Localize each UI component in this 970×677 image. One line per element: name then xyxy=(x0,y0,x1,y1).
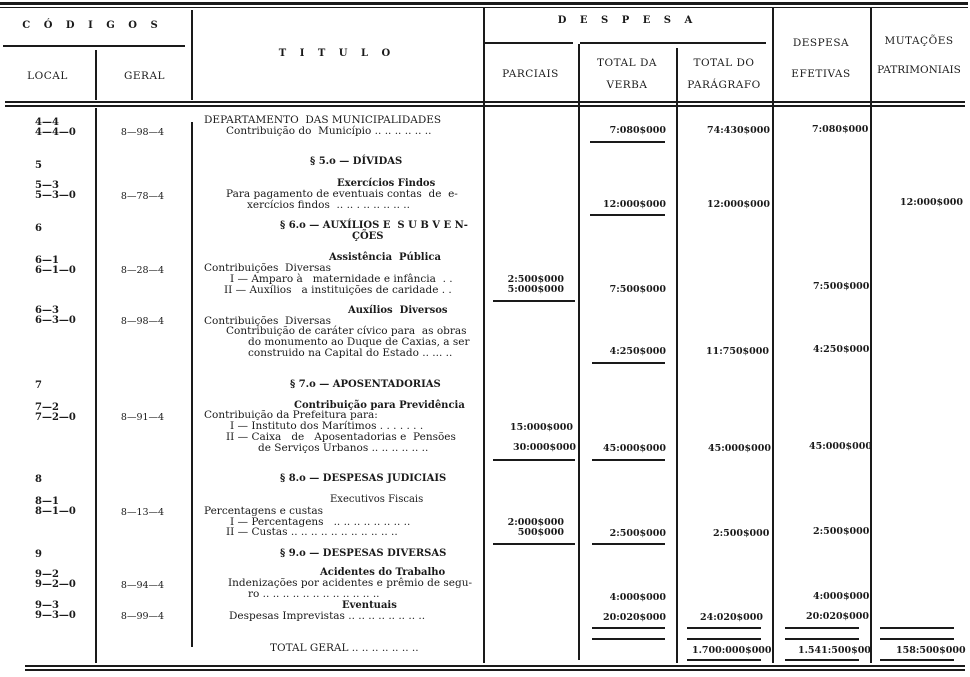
total-underline xyxy=(785,659,859,661)
subtotal-rule xyxy=(590,214,665,216)
subtotal-rule xyxy=(592,459,665,461)
header-despesa-efetivas-1: DESPESA xyxy=(772,37,870,49)
title-text: Contribuição do Município .. .. .. .. ..… xyxy=(226,126,431,137)
subtotal-rule xyxy=(493,543,575,545)
header-geral: GERAL xyxy=(97,70,192,82)
local-code: 9—2—0 xyxy=(35,580,76,590)
local-code: 8—1—0 xyxy=(35,507,76,517)
section-heading: § 8.o — DESPESAS JUDICIAIS xyxy=(280,473,446,484)
efetivas-value: 7:500$000 xyxy=(813,281,869,292)
header-codigos: C Ó D I G O S xyxy=(0,20,185,31)
col-divider-paragrafo-efetivas xyxy=(772,8,774,663)
total-verba-value: 2:500$000 xyxy=(610,528,666,539)
header-mutacoes-1: MUTAÇÕES xyxy=(870,35,968,47)
efetivas-value: 7:080$000 xyxy=(812,124,868,135)
total-verba-value: 7:500$000 xyxy=(610,284,666,295)
header-local: LOCAL xyxy=(0,70,95,82)
title-text: II — Custas .. .. .. .. .. .. .. .. .. .… xyxy=(226,527,398,538)
subtotal-rule xyxy=(590,141,665,143)
title-text: II — Auxílios a instituições de caridade… xyxy=(224,285,452,296)
section-heading: § 6.o — AUXÍLIOS E S U B V E N- xyxy=(280,220,468,231)
geral-code: 8—78—4 xyxy=(95,191,190,202)
local-code: 6—1—0 xyxy=(35,266,76,276)
total-verba-value: 12:000$000 xyxy=(603,199,666,210)
local-code: 7—2—0 xyxy=(35,413,76,423)
mutacoes-value: 12:000$000 xyxy=(900,197,963,208)
title-text: xercícios findos .. .. . .. .. .. .. .. xyxy=(247,200,410,211)
efetivas-value: 4:250$000 xyxy=(813,344,869,355)
subtotal-rule xyxy=(880,627,954,629)
total-paragrafo-value: 45:000$000 xyxy=(708,443,771,454)
efetivas-value: 20:020$000 xyxy=(806,611,869,622)
geral-code: 8—94—4 xyxy=(95,580,190,591)
header-despesa-efetivas-2: EFETIVAS xyxy=(772,68,870,80)
subheading: Assistência Pública xyxy=(329,252,441,263)
total-verba-value: 45:000$000 xyxy=(603,443,666,454)
header-mutacoes-2: PATRIMONIAIS xyxy=(870,64,968,76)
subtotal-rule xyxy=(687,627,761,629)
geral-code: 8—98—4 xyxy=(95,127,190,138)
codigos-underline xyxy=(3,45,185,47)
subtotal-rule xyxy=(785,638,859,640)
subtotal-rule xyxy=(592,543,665,545)
subheading: Auxílios Diversos xyxy=(348,305,448,316)
bottom-rule xyxy=(25,665,965,667)
total-paragrafo-value: 2:500$000 xyxy=(713,528,769,539)
parcial-value: 500$000 xyxy=(518,527,564,538)
subtotal-rule xyxy=(592,362,665,364)
efetivas-grand: 1.541:500$00 xyxy=(798,645,871,656)
total-underline xyxy=(687,659,761,661)
total-verba-value: 20:020$000 xyxy=(603,612,666,623)
efetivas-value: 45:000$000 xyxy=(809,441,872,452)
bottom-rule-2 xyxy=(25,669,965,671)
geral-code: 8—91—4 xyxy=(95,412,190,423)
section-heading: § 7.o — APOSENTADORIAS xyxy=(290,379,441,390)
section-heading: § 5.o — DÍVIDAS xyxy=(310,156,402,167)
subtotal-rule xyxy=(493,459,575,461)
subtotal-rule xyxy=(785,627,859,629)
subtotal-rule xyxy=(493,300,575,302)
header-parciais: PARCIAIS xyxy=(483,68,578,80)
header-total-paragrafo-1: TOTAL DO xyxy=(676,57,772,69)
efetivas-value: 4:000$000 xyxy=(813,591,869,602)
geral-code: 8—99—4 xyxy=(95,611,190,622)
parcial-value: 15:000$000 xyxy=(510,422,573,433)
local-code: 9 xyxy=(35,550,42,560)
total-geral-label: TOTAL GERAL .. .. .. .. .. .. .. xyxy=(270,643,419,654)
local-code: 6 xyxy=(35,224,42,234)
top-rule xyxy=(0,2,968,5)
total-paragrafo-value: 74:430$000 xyxy=(707,125,770,136)
section-heading: ÇÕES xyxy=(352,231,384,242)
col-divider-parciais-verba xyxy=(578,44,580,660)
geral-code: 8—13—4 xyxy=(95,507,190,518)
title-text: Despesas Imprevistas .. .. .. .. .. .. .… xyxy=(229,611,425,622)
total-paragrafo-value: 24:020$000 xyxy=(700,612,763,623)
col-divider-efetivas-mutacoes xyxy=(870,8,872,663)
header-total-verba-1: TOTAL DA xyxy=(578,57,676,69)
subtotal-rule xyxy=(592,627,665,629)
total-paragrafo-value: 11:750$000 xyxy=(706,346,769,357)
local-code: 4—4—0 xyxy=(35,128,76,138)
local-code: 9—3—0 xyxy=(35,611,76,621)
geral-code: 8—98—4 xyxy=(95,316,190,327)
title-text: construido na Capital do Estado .. ... .… xyxy=(248,348,452,359)
subtotal-rule xyxy=(687,638,761,640)
header-bottom-rule-2 xyxy=(5,105,965,107)
local-code: 5—3—0 xyxy=(35,191,76,201)
geral-code: 8—28—4 xyxy=(95,265,190,276)
header-titulo: T I T U L O xyxy=(191,48,483,59)
header-bottom-rule xyxy=(5,101,965,103)
header-despesa: D E S P E S A xyxy=(485,15,770,26)
total-underline xyxy=(880,659,954,661)
header-total-paragrafo-2: PARÁGRAFO xyxy=(676,79,772,91)
title-text: ro .. .. .. .. .. .. .. .. .. .. .. .. xyxy=(248,589,380,600)
despesa-underline-right xyxy=(580,42,766,44)
section-heading: § 9.o — DESPESAS DIVERSAS xyxy=(280,548,446,559)
efetivas-value: 2:500$000 xyxy=(813,526,869,537)
col-divider-titulo-despesa xyxy=(483,8,485,663)
header-total-verba-2: VERBA xyxy=(578,79,676,91)
col-divider-codigos-titulo xyxy=(191,122,193,647)
despesa-underline-left xyxy=(485,42,573,44)
total-verba-value: 7:080$000 xyxy=(610,125,666,136)
total-paragrafo-grand: 1.700:000$000 xyxy=(692,645,772,656)
local-code: 7 xyxy=(35,381,42,391)
subtotal-rule xyxy=(880,638,954,640)
subtotal-rule xyxy=(592,638,665,640)
local-code: 8 xyxy=(35,475,42,485)
subheading: Executivos Fiscais xyxy=(330,494,423,505)
local-code: 5 xyxy=(35,161,42,171)
title-text: de Serviços Urbanos .. .. .. .. .. .. xyxy=(258,443,428,454)
mutacoes-grand: 158:500$000 xyxy=(896,645,966,656)
local-code: 6—3—0 xyxy=(35,316,76,326)
parcial-value: 5:000$000 xyxy=(508,284,564,295)
col-divider-verba-paragrafo xyxy=(676,48,678,663)
parcial-value: 30:000$000 xyxy=(513,442,576,453)
total-paragrafo-value: 12:000$000 xyxy=(707,199,770,210)
total-verba-value: 4:250$000 xyxy=(610,346,666,357)
total-verba-value: 4:000$000 xyxy=(610,592,666,603)
